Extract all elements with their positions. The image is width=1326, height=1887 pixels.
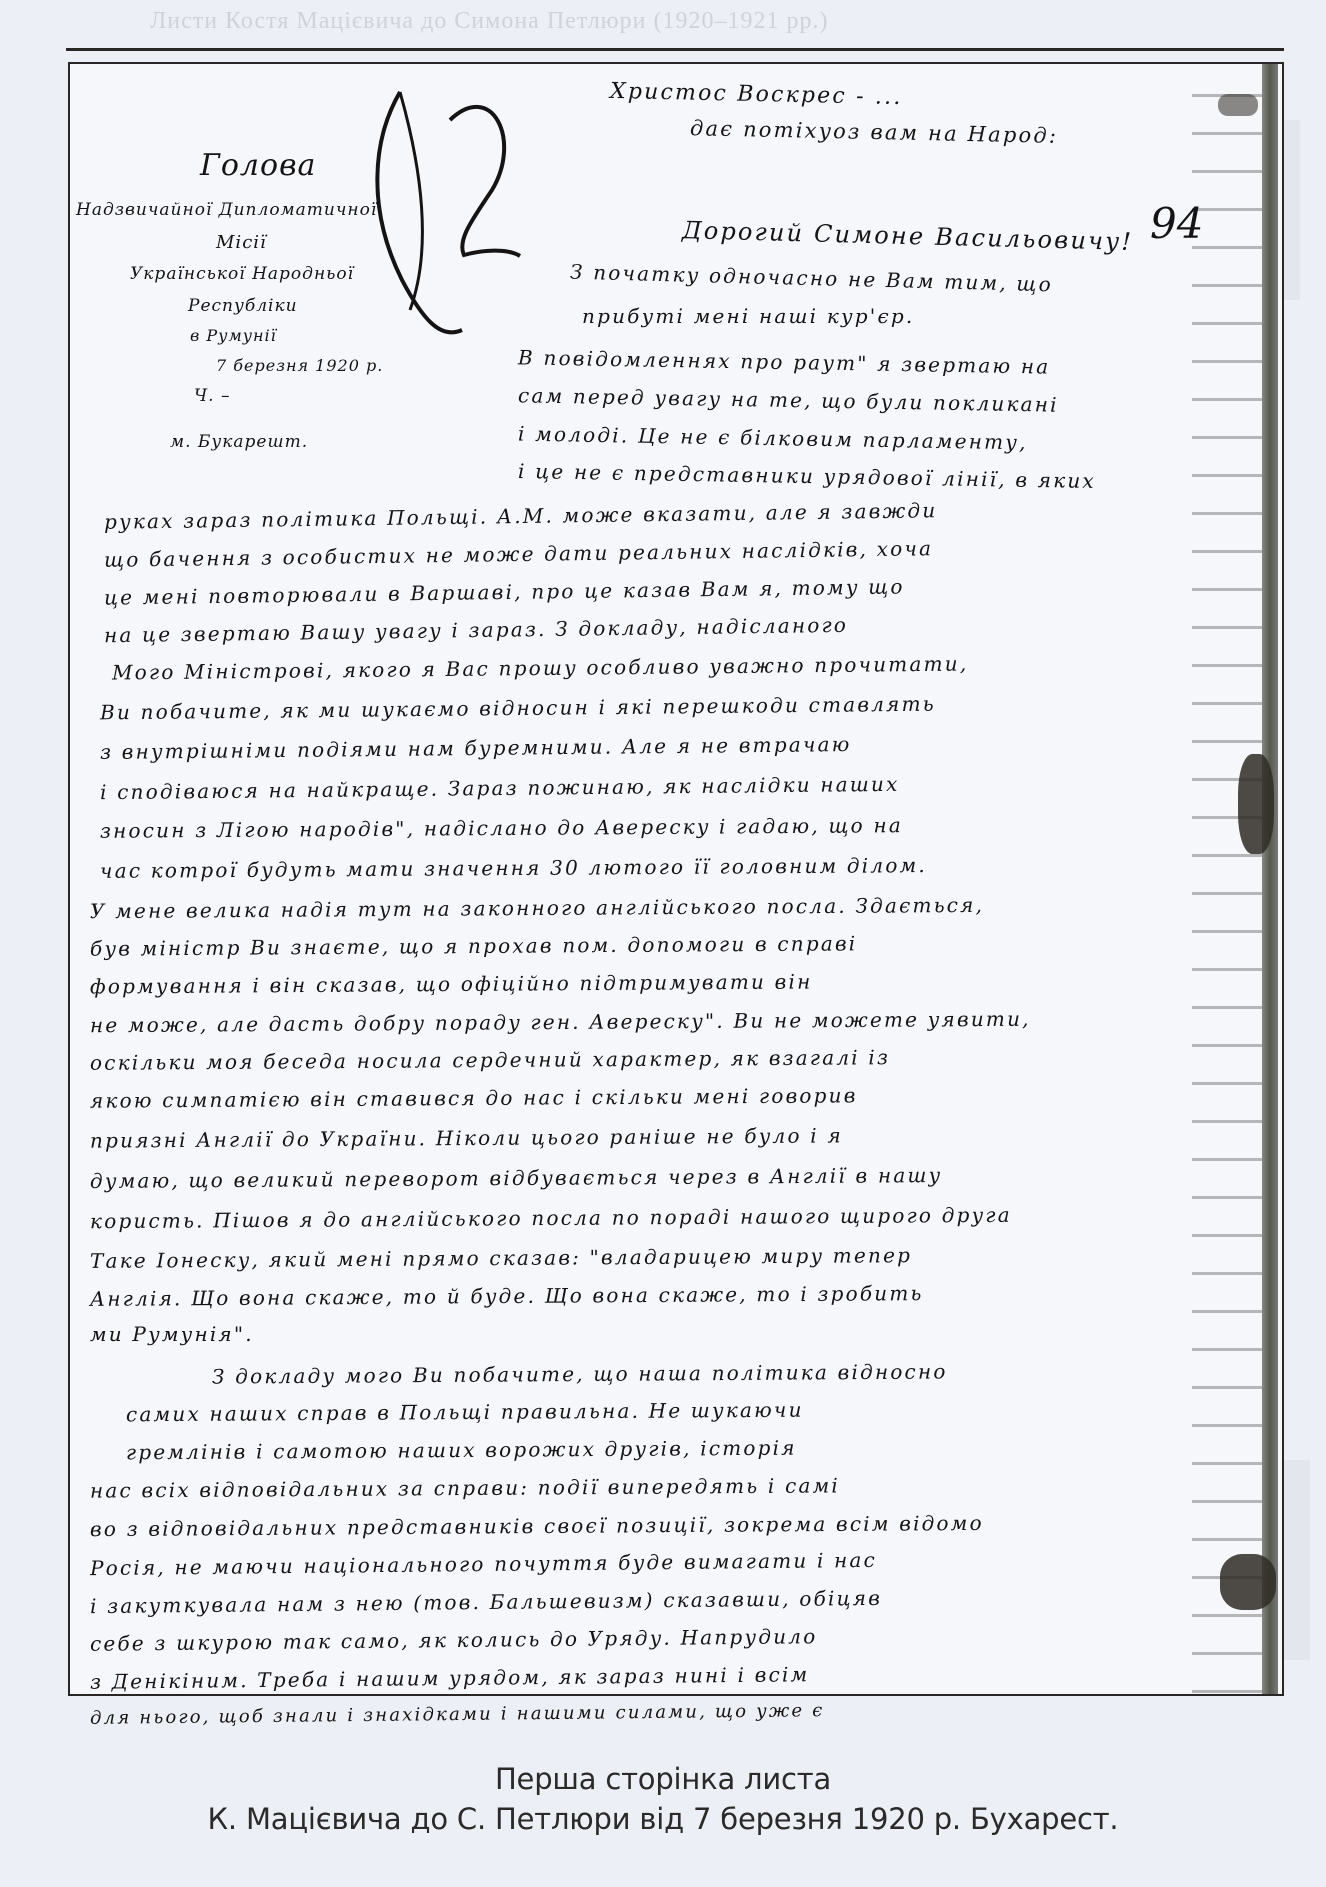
- ink-blot: [1238, 754, 1274, 854]
- easter-greeting-line-1: Христос Воскрес - ...: [610, 79, 903, 110]
- easter-greeting-line-2: дає потіхуоз вам на Народ:: [690, 116, 1059, 148]
- body-line: гремлінів і самотою наших ворожих другів…: [126, 1436, 797, 1465]
- body-line: на це звертаю Вашу увагу і зараз. З докл…: [104, 613, 848, 647]
- figure-caption-line-2: К. Мацієвича до С. Петлюри від 7 березня…: [0, 1802, 1326, 1836]
- body-line: прибуті мені наші кур'єр.: [582, 304, 914, 328]
- body-line: і сподіваюся на найкраще. Зараз пожинаю,…: [100, 772, 900, 804]
- body-line: був міністр Ви знаєте, що я прохав пом. …: [90, 931, 858, 960]
- body-line: Мого Міністрові, якого я Вас прошу особл…: [112, 652, 969, 685]
- letterhead-line: в Румунії: [190, 326, 277, 345]
- ink-blot: [1220, 1554, 1276, 1610]
- letterhead-line: Надзвичайної Дипломатичної: [76, 200, 377, 220]
- body-line: В повідомленнях про раут" я звертаю на: [518, 345, 1051, 378]
- body-line: не може, але дасть добру пораду ген. Аве…: [90, 1007, 1031, 1038]
- letterhead-line: Української Народньої: [130, 264, 354, 284]
- body-line: Англія. Що вона скаже, то й буде. Що вон…: [90, 1281, 924, 1311]
- document-scan-frame: Христос Воскрес - ... дає потіхуоз вам н…: [68, 62, 1284, 1696]
- body-line: для нього, щоб знали і знахідками і наши…: [90, 1700, 825, 1729]
- salutation: Дорогий Симоне Васильовичу!: [682, 216, 1134, 256]
- body-line: У мене велика надія тут на законного анг…: [90, 893, 984, 923]
- body-line: руках зараз політика Польщі. А.М. може в…: [104, 498, 938, 534]
- letterhead-line: Місії: [216, 232, 267, 253]
- body-line: Росія, не маючи національного почуття бу…: [90, 1548, 877, 1580]
- body-line: самих наших справ в Польщі правильна. Не…: [126, 1398, 804, 1427]
- page-edge-shadow: [1192, 64, 1262, 1694]
- body-line: що бачення з особистих не може дати реал…: [104, 536, 933, 572]
- body-line: ми Румунія".: [90, 1322, 254, 1346]
- body-line: Ви побачите, як ми шукаємо відносин і як…: [100, 692, 936, 725]
- body-line: і це не є представники урядової лінії, в…: [518, 459, 1096, 493]
- body-line: приязні Англії до України. Ніколи цього …: [90, 1123, 843, 1152]
- body-line: користь. Пішов я до англійського посла п…: [90, 1203, 1012, 1233]
- page-edge: [1262, 64, 1278, 1694]
- letterhead-city: м. Букарешт.: [170, 432, 308, 452]
- body-line: з Денікіним. Треба і нашим урядом, як за…: [90, 1662, 810, 1694]
- body-line: формування і він сказав, що офіційно під…: [90, 969, 813, 998]
- body-line: з внутрішніми подіями нам буремними. Але…: [100, 732, 852, 764]
- body-line: сам перед увагу на те, що були покликані: [518, 383, 1059, 416]
- letterhead-number: Ч. –: [194, 386, 230, 406]
- body-line: це мені повторювали в Варшаві, про це ка…: [104, 574, 905, 609]
- body-line: себе з шкурою так само, як колись до Уря…: [90, 1624, 818, 1656]
- body-line: Таке Іонеску, який мені прямо сказав: "в…: [90, 1243, 912, 1273]
- registry-number: №2: [424, 219, 426, 221]
- body-line: і закуткувала нам з нею (тов. Бальшевизм…: [90, 1586, 882, 1618]
- body-line: во з відповідальних представників своєї …: [90, 1511, 984, 1541]
- body-line: час котрої будуть мати значення 30 лютог…: [100, 853, 927, 883]
- body-line: нас всіх відповідальних за справи: події…: [90, 1473, 840, 1502]
- letterhead-title: Голова: [200, 148, 316, 183]
- letterhead-line: Республіки: [188, 296, 298, 316]
- figure-caption-line-1: Перша сторінка листа: [0, 1762, 1326, 1796]
- body-line: і молоді. Це не є білковим парламенту,: [518, 422, 1028, 455]
- body-line: зносин з Лігою народів", надіслано до Ав…: [100, 813, 903, 843]
- top-rule: [66, 48, 1284, 51]
- registry-number-flourish: №2: [362, 80, 522, 350]
- body-line: думаю, що великий переворот відбувається…: [90, 1163, 943, 1193]
- body-line: З початку одночасно не Вам тим, що: [570, 260, 1053, 297]
- body-line: З докладу мого Ви побачите, що наша полі…: [212, 1359, 948, 1388]
- body-line: якою симпатією він ставився до нас і скі…: [90, 1083, 858, 1112]
- ink-blot: [1218, 94, 1258, 116]
- running-header-bleedthrough: Листи Костя Мацієвича до Симона Петлюри …: [150, 8, 1050, 42]
- letterhead-date: 7 березня 1920 р.: [216, 356, 383, 375]
- body-line: оскільки моя беседа носила сердечний хар…: [90, 1045, 890, 1075]
- page-number-mark: 94: [1150, 199, 1203, 248]
